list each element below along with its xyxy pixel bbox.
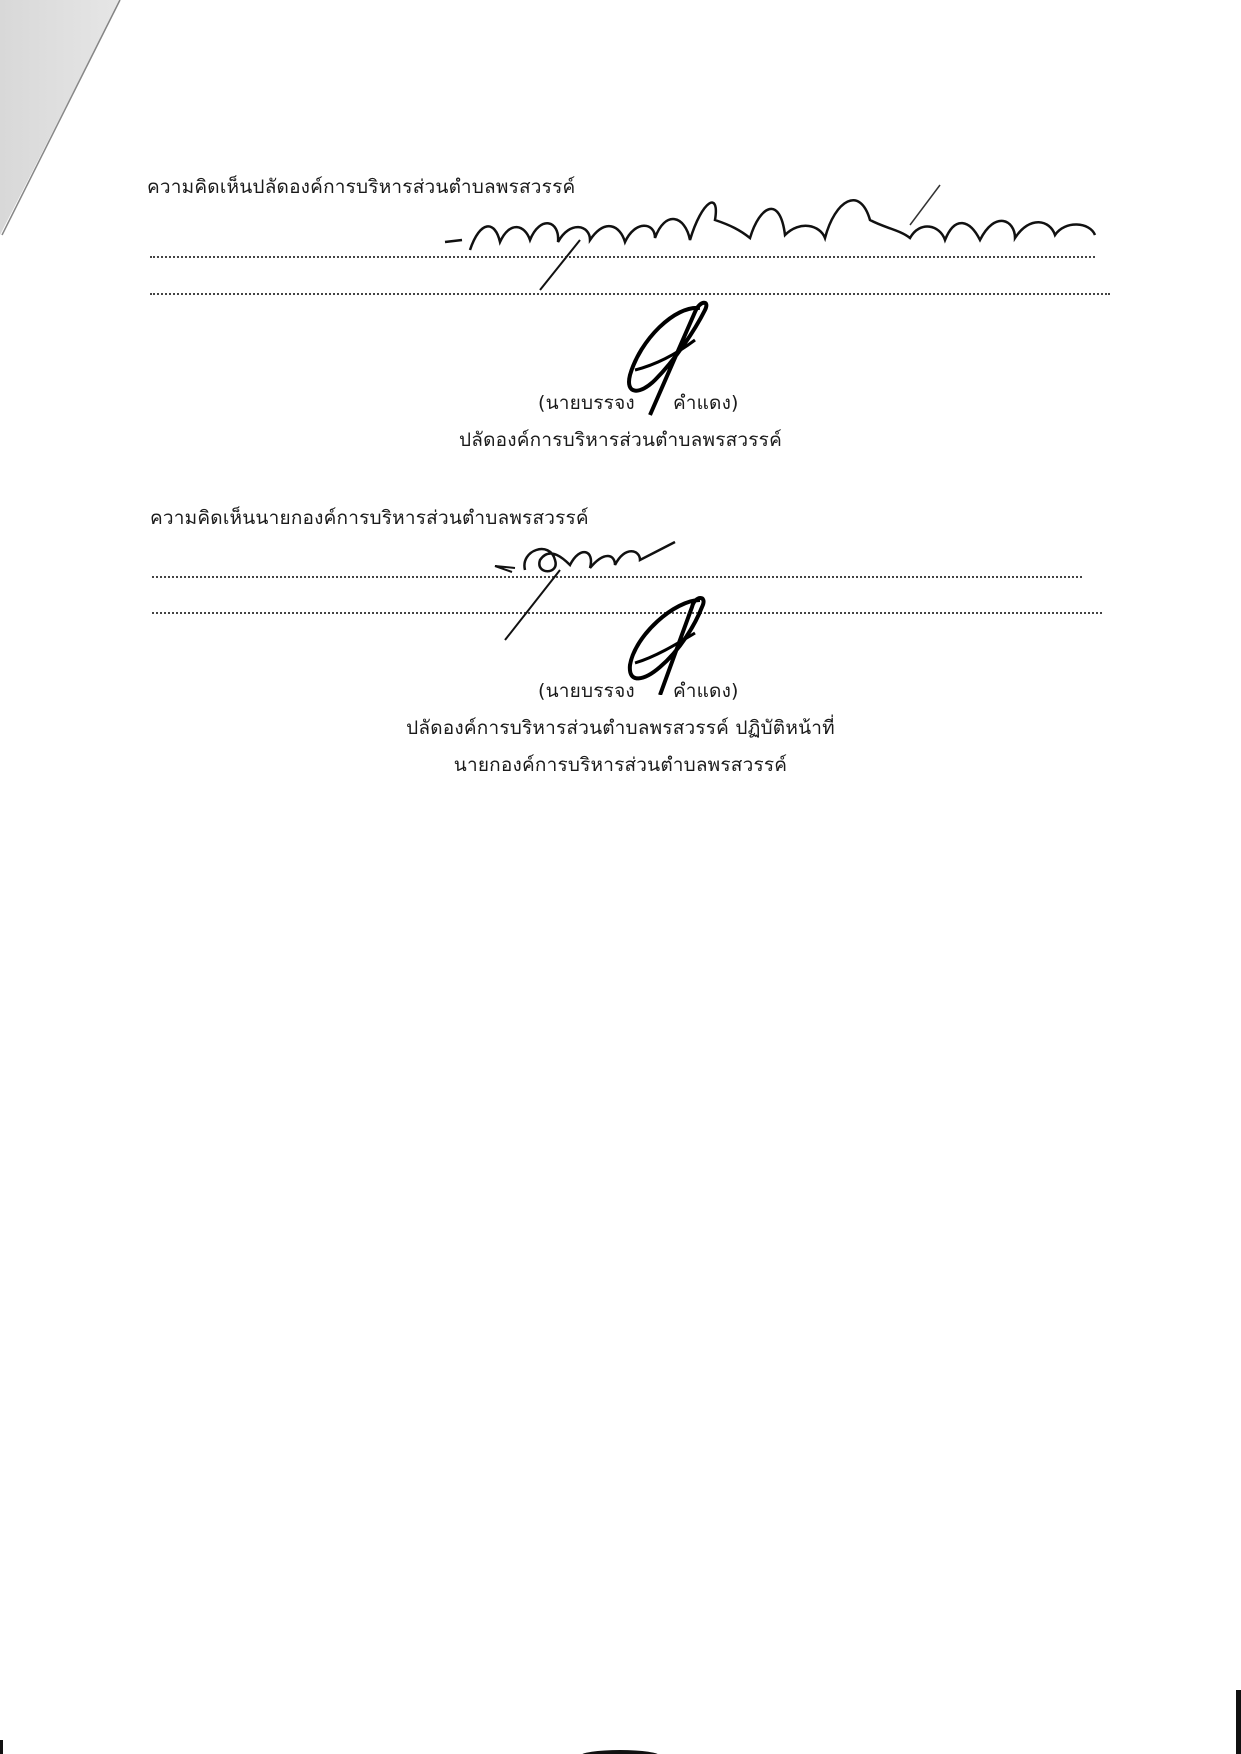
section2-comment-line-1 (152, 576, 1082, 578)
section1-signer-name-close: คำแดง) (673, 388, 739, 418)
section2-signer-name-open: (นายบรรจง (538, 676, 635, 706)
section2-signer-title-line2: นายกองค์การบริหารส่วนตำบลพรสวรรค์ (0, 750, 1241, 780)
section2-signer-title-line1: ปลัดองค์การบริหารส่วนตำบลพรสวรรค์ ปฏิบัต… (0, 713, 1241, 743)
section2-signer-name-close: คำแดง) (673, 676, 739, 706)
section1-comment-line-1 (150, 256, 1095, 258)
section2-comment-line-2 (152, 612, 1102, 614)
section1-heading: ความคิดเห็นปลัดองค์การบริหารส่วนตำบลพรสว… (147, 172, 575, 202)
section1-comment-line-2 (150, 293, 1110, 295)
section2-handwritten-comment: - อนุมัติ (490, 530, 680, 645)
section1-signer-title: ปลัดองค์การบริหารส่วนตำบลพรสวรรค์ (0, 425, 1241, 455)
paper-fold-shadow (0, 0, 1241, 1754)
section2-heading: ความคิดเห็นนายกองค์การบริหารส่วนตำบลพรสว… (150, 503, 589, 533)
section1-signer-name-open: (นายบรรจง (538, 388, 635, 418)
